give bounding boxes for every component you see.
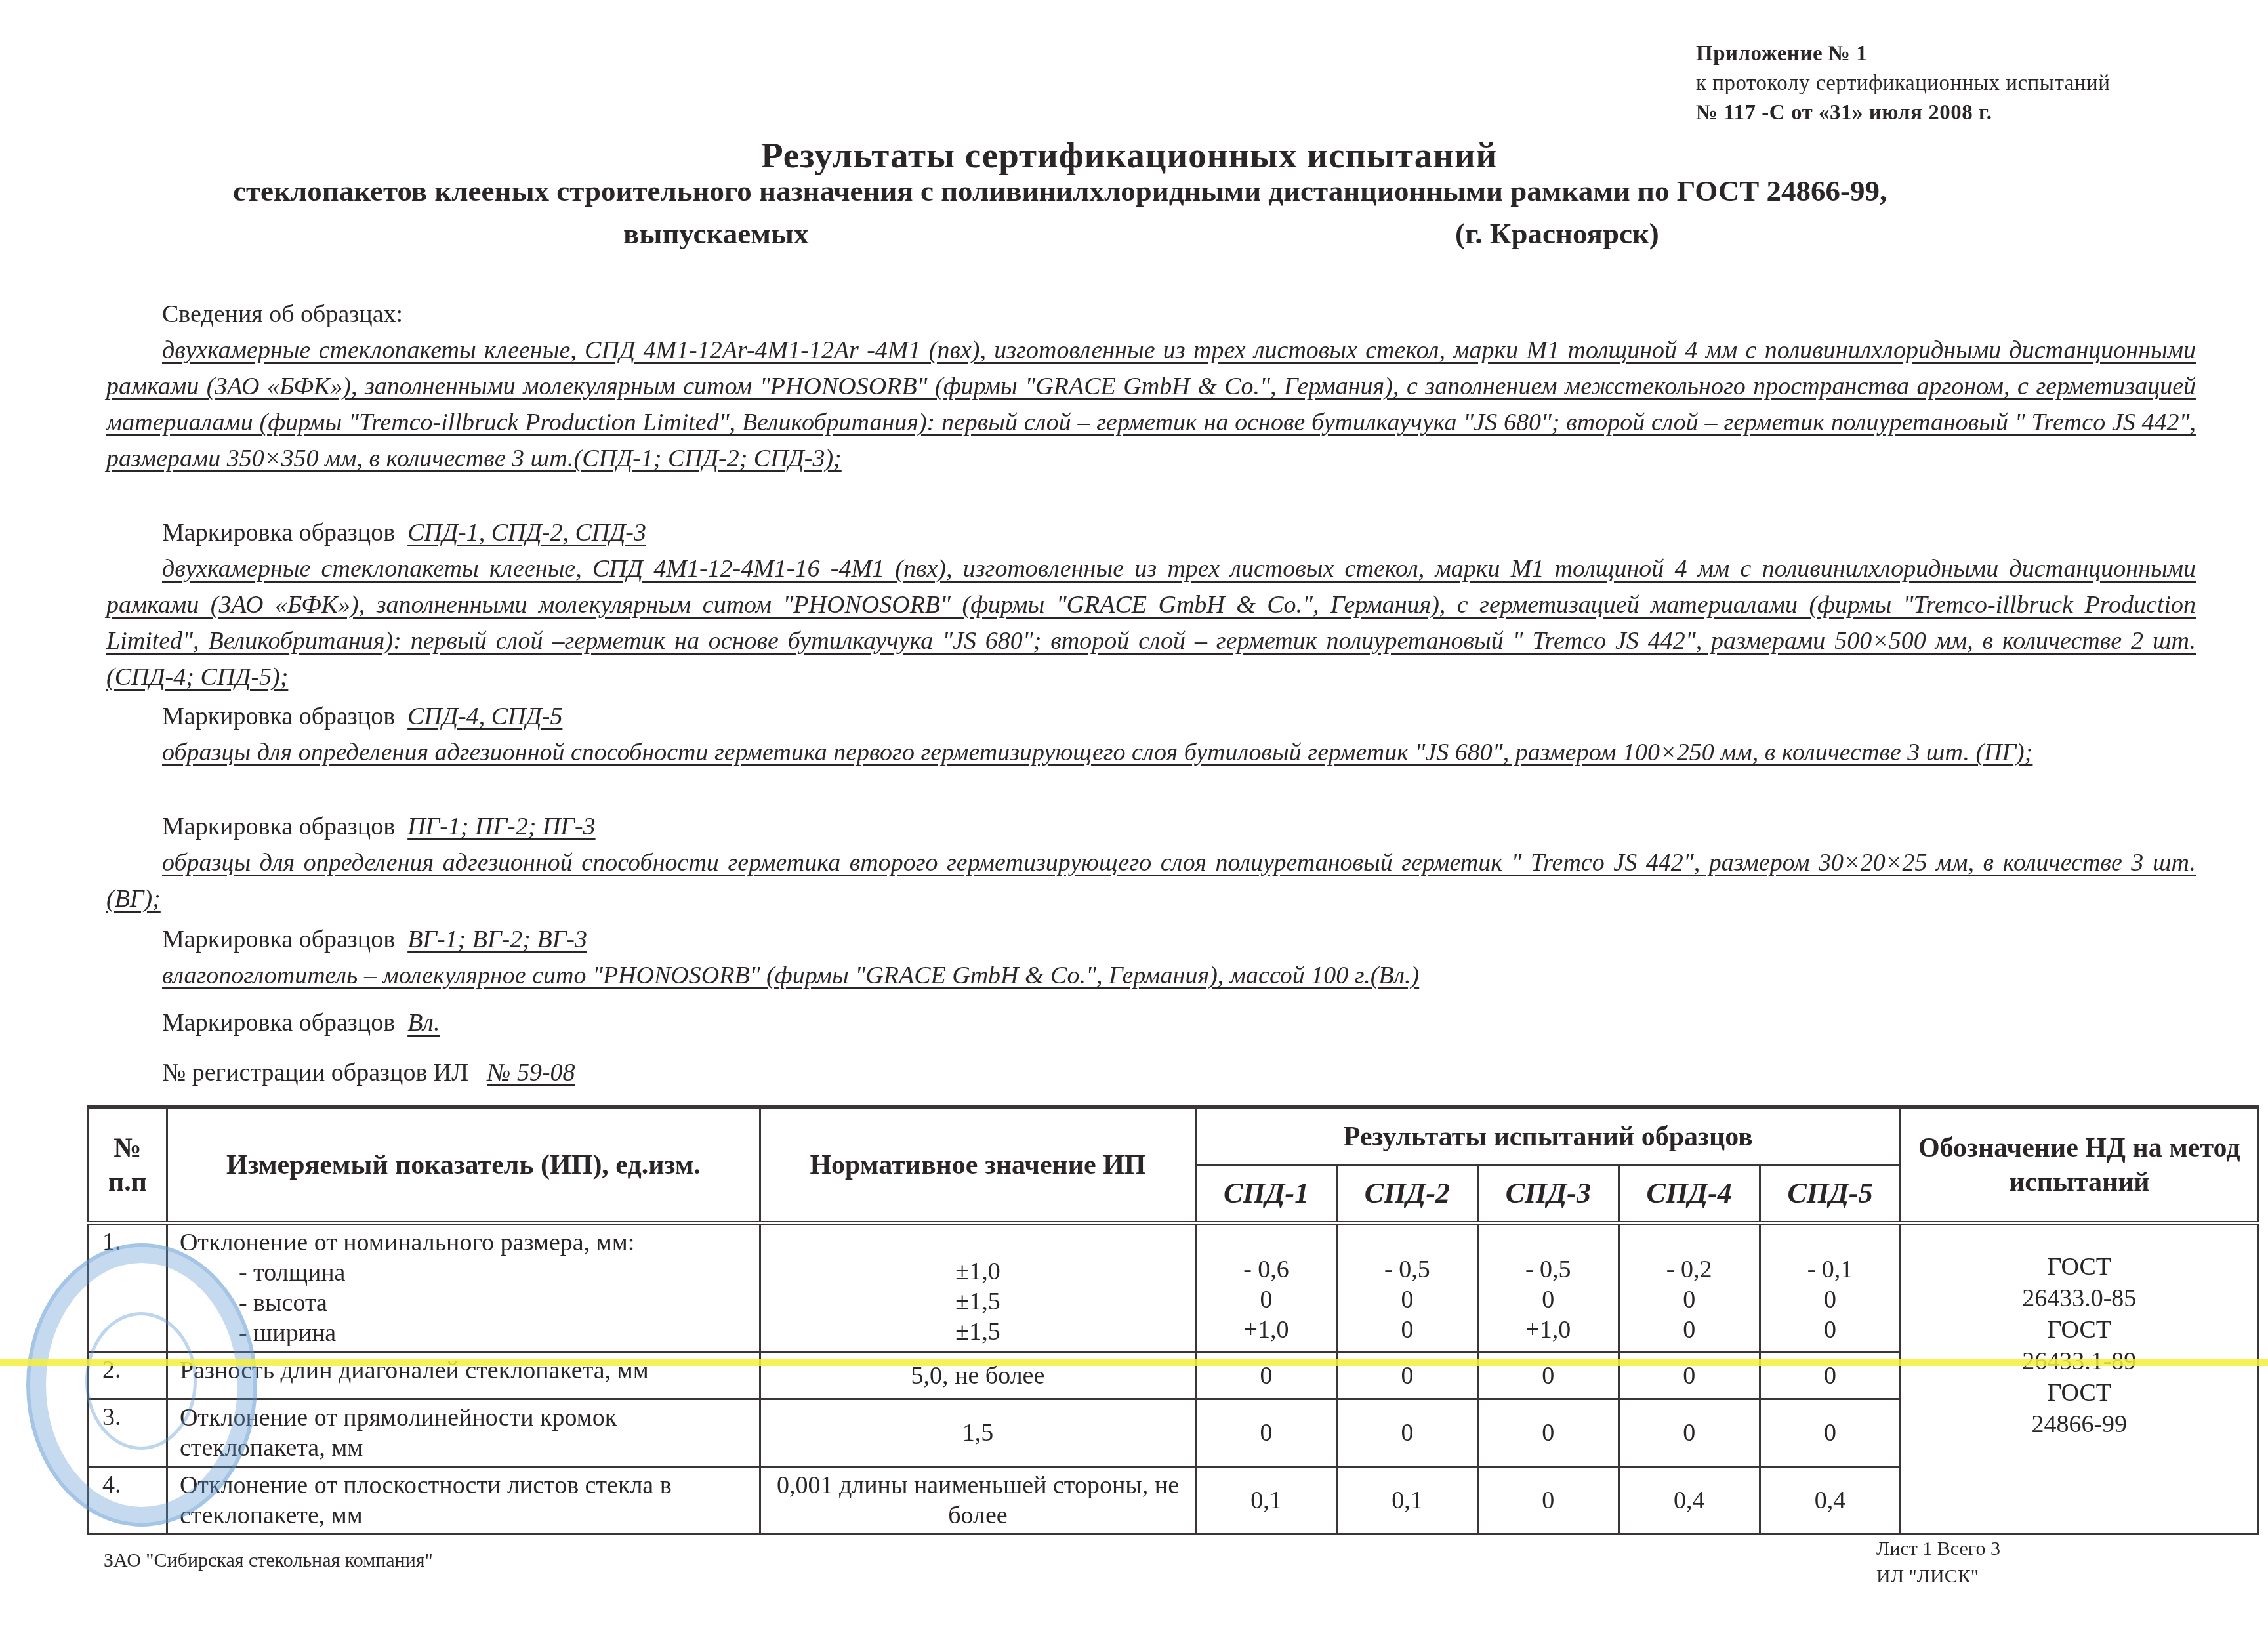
row-value-spd2: 0 [1336,1352,1477,1399]
footer-sheet-number: Лист 1 Всего 3 [1876,1535,2000,1563]
row-indicator: Разность длин диагоналей стеклопакета, м… [167,1352,760,1399]
header-number: № п.п [89,1107,167,1223]
annex-protocol-number: № 117 -С от «31» июля 2008 г. [1696,98,2110,128]
marking-block-4: Маркировка образцов ВГ-1; ВГ-2; ВГ-3 вла… [106,922,2196,994]
nd-methods-cell: ГОСТ 26433.0-85 ГОСТ 26433.1-89 ГОСТ 248… [1901,1223,2258,1534]
title-produced-label: выпускаемых [623,216,808,251]
marking-label: Маркировка образцов [162,519,395,546]
marking-block-3: Маркировка образцов ПГ-1; ПГ-2; ПГ-3 обр… [106,809,2196,917]
annex-number: Приложение № 1 [1696,39,2110,69]
row-indicator: Отклонение от плоскостности листов стекл… [167,1467,760,1534]
results-table: № п.п Измеряемый показатель (ИП), ед.изм… [87,1105,2259,1535]
marking-label: Маркировка образцов [162,1009,395,1037]
header-sample-2: СПД-2 [1336,1165,1477,1223]
row-value-spd4: 0 [1619,1352,1760,1399]
header-nd-method: Обозначение НД на метод испытаний [1901,1107,2258,1223]
row-value-spd2: 0 [1336,1399,1477,1467]
row-value-spd5: 0 [1760,1399,1901,1467]
marking-block-1: Маркировка образцов СПД-1, СПД-2, СПД-3 … [106,515,2196,695]
marking-label: Маркировка образцов [162,703,395,730]
row-value-spd1: - 0,6 0 +1,0 [1196,1223,1337,1352]
row-norm: ±1,0 ±1,5 ±1,5 [760,1223,1195,1352]
sample-description-1-text: двухкамерные стеклопакеты клееные, СПД 4… [106,337,2196,472]
row-value-spd3: 0 [1477,1467,1619,1534]
row-number: 2. [89,1352,167,1399]
footer-company: ЗАО "Сибирская стекольная компания" [104,1550,433,1572]
row-value-spd1: 0,1 [1196,1467,1337,1534]
row-value-spd1: 0 [1196,1399,1337,1467]
footer-sheet-info: Лист 1 Всего 3 ИЛ "ЛИСК" [1876,1535,2000,1590]
samples-info-heading: Сведения об образцах: [106,297,2196,333]
marking-value: Вл. [407,1009,440,1037]
header-indicator: Измеряемый показатель (ИП), ед.изм. [167,1107,760,1223]
registration-block: № регистрации образцов ИЛ № 59-08 [106,1055,2196,1091]
row-indicator: Отклонение от прямолинейности кромок сте… [167,1399,760,1467]
marking-label: Маркировка образцов [162,926,395,953]
row-number: 3. [89,1399,167,1467]
row-value-spd2: - 0,5 0 0 [1336,1223,1477,1352]
header-norm: Нормативное значение ИП [760,1107,1195,1223]
row-value-spd4: - 0,2 0 0 [1619,1223,1760,1352]
sample-description-5-text: влагопоглотитель – молекулярное сито "PH… [162,962,1419,989]
marking-label: Маркировка образцов [162,813,395,840]
row-norm: 0,001 длины наименьшей стороны, не более [760,1467,1195,1534]
registration-value: № 59-08 [487,1059,575,1086]
row-value-spd5: - 0,1 0 0 [1760,1223,1901,1352]
row-number: 4. [89,1467,167,1534]
sample-description-4: образцы для определения адгезионной спос… [106,845,2196,917]
table-row: 1. Отклонение от номинального размера, м… [89,1223,2258,1352]
sample-description-3-text: образцы для определения адгезионной спос… [162,739,2032,766]
row-norm: 5,0, не более [760,1352,1195,1399]
marking-value: ВГ-1; ВГ-2; ВГ-3 [407,926,587,953]
title-main: Результаты сертификационных испытаний [761,134,1497,176]
row-indicator: Отклонение от номинального размера, мм: … [167,1223,760,1352]
header-results: Результаты испытаний образцов [1196,1107,1901,1165]
annex-header: Приложение № 1 к протоколу сертификацион… [1696,39,2110,128]
title-subtitle: стеклопакетов клееных строительного назн… [233,174,1887,208]
header-sample-5: СПД-5 [1760,1165,1901,1223]
row-value-spd5: 0 [1760,1352,1901,1399]
row-number: 1. [89,1223,167,1352]
samples-info-block: Сведения об образцах: двухкамерные стекл… [106,297,2196,477]
title-city: (г. Красноярск) [1455,216,1659,251]
header-sample-1: СПД-1 [1196,1165,1337,1223]
sample-description-1: двухкамерные стеклопакеты клееные, СПД 4… [106,333,2196,477]
row-value-spd5: 0,4 [1760,1467,1901,1534]
header-sample-3: СПД-3 [1477,1165,1619,1223]
row-value-spd4: 0,4 [1619,1467,1760,1534]
marking-block-5: Маркировка образцов Вл. [106,1005,2196,1041]
row-value-spd2: 0,1 [1336,1467,1477,1534]
footer-lab-name: ИЛ "ЛИСК" [1876,1563,2000,1590]
row-value-spd3: 0 [1477,1352,1619,1399]
marking-block-2: Маркировка образцов СПД-4, СПД-5 образцы… [106,699,2196,771]
marking-value: ПГ-1; ПГ-2; ПГ-3 [407,813,595,840]
row-value-spd1: 0 [1196,1352,1337,1399]
annex-protocol-ref: к протоколу сертификационных испытаний [1696,69,2110,98]
row-value-spd3: 0 [1477,1399,1619,1467]
header-sample-4: СПД-4 [1619,1165,1760,1223]
sample-description-2-text: двухкамерные стеклопакеты клееные, СПД 4… [106,555,2196,691]
row-value-spd4: 0 [1619,1399,1760,1467]
sample-description-3: образцы для определения адгезионной спос… [106,735,2196,771]
marking-value: СПД-4, СПД-5 [407,703,562,730]
marking-value: СПД-1, СПД-2, СПД-3 [407,519,646,546]
row-value-spd3: - 0,5 0 +1,0 [1477,1223,1619,1352]
row-norm: 1,5 [760,1399,1195,1467]
sample-description-2: двухкамерные стеклопакеты клееные, СПД 4… [106,551,2196,695]
registration-label: № регистрации образцов ИЛ [162,1059,468,1086]
sample-description-4-text: образцы для определения адгезионной спос… [106,849,2196,913]
